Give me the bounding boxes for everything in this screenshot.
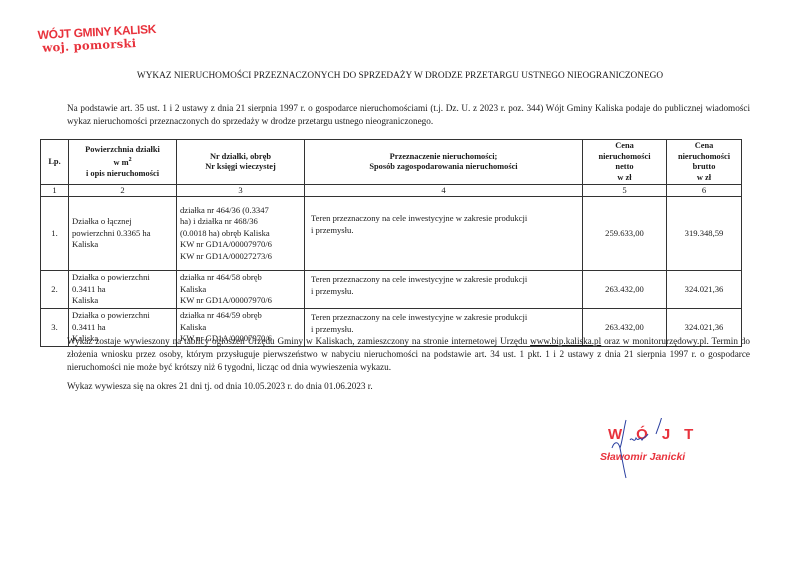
cell-purpose-line: i przemysłu. — [311, 225, 353, 235]
cell-area-line: powierzchni 0.3365 ha — [72, 228, 151, 238]
cell-plot-line: działka nr 464/59 obręb — [180, 310, 262, 320]
table-row: 1.Działka o łącznejpowierzchni 0.3365 ha… — [41, 197, 742, 271]
header-area-sup: 2 — [129, 157, 132, 163]
table-row: 2.Działka o powierzchni0.3411 haKaliskad… — [41, 271, 742, 309]
stamp-line-2: woj. pomorski — [42, 37, 157, 54]
column-number: 1 — [41, 185, 69, 197]
property-table: Lp. Powierzchnia działki w m2 i opis nie… — [40, 139, 742, 347]
office-stamp: WÓJT GMINY KALISK woj. pomorski — [37, 23, 157, 55]
cell-area-line: Działka o powierzchni — [72, 310, 150, 320]
header-plot: Nr działki, obręb Nr księgi wieczystej — [177, 140, 305, 185]
cell-net-price: 259.633,00 — [583, 197, 667, 271]
cell-plot-line: działka nr 464/58 obręb — [180, 272, 262, 282]
cell-purpose-line: i przemysłu. — [311, 286, 353, 296]
cell-lp: 1. — [41, 197, 69, 271]
cell-plot: działka nr 464/58 obrębKaliskaKW nr GD1A… — [177, 271, 305, 309]
header-purpose-line: Sposób zagospodarowania nieruchomości — [369, 162, 517, 171]
cell-plot-line: działka nr 464/36 (0.3347 — [180, 205, 269, 215]
header-lp: Lp. — [41, 140, 69, 185]
footer-paragraph-2: Wykaz wywiesza się na okres 21 dni tj. o… — [67, 380, 373, 393]
cell-purpose-line: i przemysłu. — [311, 324, 353, 334]
cell-purpose-line: Teren przeznaczony na cele inwestycyjne … — [311, 274, 527, 284]
header-net-line: w zł — [617, 173, 631, 182]
intro-paragraph: Na podstawie art. 35 ust. 1 i 2 ustawy z… — [67, 102, 750, 128]
header-purpose-line: Przeznaczenie nieruchomości; — [390, 152, 498, 161]
header-area-line: w m — [113, 158, 128, 167]
header-area: Powierzchnia działki w m2 i opis nieruch… — [69, 140, 177, 185]
cell-area-line: Kaliska — [72, 239, 98, 249]
cell-net-price: 263.432,00 — [583, 271, 667, 309]
header-area-line: i opis nieruchomości — [86, 169, 159, 178]
cell-area: Działka o powierzchni0.3411 haKaliska — [69, 271, 177, 309]
cell-area-line: 0.3411 ha — [72, 322, 106, 332]
header-purpose: Przeznaczenie nieruchomości; Sposób zago… — [305, 140, 583, 185]
header-plot-line: Nr księgi wieczystej — [205, 162, 276, 171]
footer-paragraph-1: Wykaz zostaje wywieszony na tablicy ogło… — [67, 335, 750, 374]
header-plot-line: Nr działki, obręb — [210, 152, 271, 161]
column-number-row: 1 2 3 4 5 6 — [41, 185, 742, 197]
cell-purpose-line: Teren przeznaczony na cele inwestycyjne … — [311, 312, 527, 322]
header-net-line: netto — [615, 162, 633, 171]
cell-gross-price: 324.021,36 — [667, 271, 742, 309]
cell-purpose-line: Teren przeznaczony na cele inwestycyjne … — [311, 213, 527, 223]
document-title: WYKAZ NIERUCHOMOŚCI PRZEZNACZONYCH DO SP… — [0, 71, 800, 81]
column-number: 6 — [667, 185, 742, 197]
header-area-line: Powierzchnia działki — [85, 145, 160, 154]
cell-plot-line: KW nr GD1A/00007970/6 — [180, 239, 272, 249]
cell-plot-line: ha) i działka nr 468/36 — [180, 216, 258, 226]
cell-gross-price: 319.348,59 — [667, 197, 742, 271]
cell-lp: 3. — [41, 309, 69, 347]
footer-text: Wykaz zostaje wywieszony na tablicy ogło… — [67, 336, 530, 346]
cell-plot-line: KW nr GD1A/00007970/6 — [180, 295, 272, 305]
cell-purpose: Teren przeznaczony na cele inwestycyjne … — [305, 197, 583, 271]
header-net-price: Cena nieruchomości netto w zł — [583, 140, 667, 185]
cell-area-line: Działka o łącznej — [72, 216, 132, 226]
column-number: 4 — [305, 185, 583, 197]
cell-plot-line: (0.0018 ha) obręb Kaliska — [180, 228, 270, 238]
header-gross-line: brutto — [693, 162, 716, 171]
bip-link[interactable]: www.bip.kaliska.pl — [530, 336, 601, 346]
column-number: 5 — [583, 185, 667, 197]
cell-plot-line: KW nr GD1A/00027273/6 — [180, 251, 272, 261]
cell-lp: 2. — [41, 271, 69, 309]
cell-area-line: Kaliska — [72, 295, 98, 305]
column-number: 2 — [69, 185, 177, 197]
header-gross-line: w zł — [697, 173, 711, 182]
header-net-line: nieruchomości — [598, 152, 650, 161]
header-gross-price: Cena nieruchomości brutto w zł — [667, 140, 742, 185]
handwritten-signature-icon — [600, 418, 720, 498]
cell-purpose: Teren przeznaczony na cele inwestycyjne … — [305, 271, 583, 309]
header-gross-line: nieruchomości — [678, 152, 730, 161]
cell-area-line: Działka o powierzchni — [72, 272, 150, 282]
cell-plot: działka nr 464/36 (0.3347ha) i działka n… — [177, 197, 305, 271]
cell-area-line: 0.3411 ha — [72, 284, 106, 294]
cell-plot-line: Kaliska — [180, 284, 206, 294]
column-number: 3 — [177, 185, 305, 197]
signature-block: WÓJT Sławomir Janicki — [600, 418, 720, 498]
cell-area: Działka o łącznejpowierzchni 0.3365 haKa… — [69, 197, 177, 271]
header-net-line: Cena — [615, 141, 634, 150]
cell-plot-line: Kaliska — [180, 322, 206, 332]
header-gross-line: Cena — [695, 141, 714, 150]
table-header-row: Lp. Powierzchnia działki w m2 i opis nie… — [41, 140, 742, 185]
